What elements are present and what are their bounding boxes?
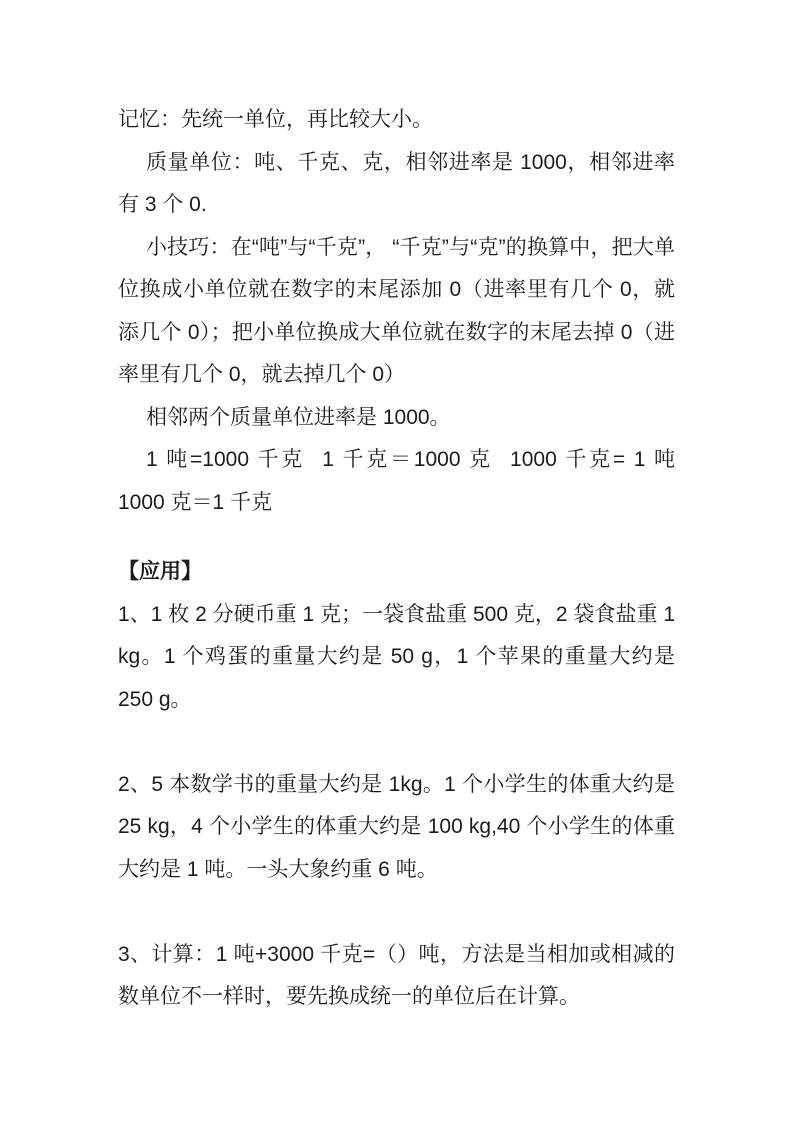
section-heading-application: 【应用】 [118,551,675,594]
blank-line-separator [118,891,675,934]
paragraph-adjacent-rate: 相邻两个质量单位进率是 1000。 [118,397,675,440]
paragraph-mass-units: 质量单位：吨、千克、克，相邻进率是 1000，相邻进率有 3 个 0. [118,142,675,227]
paragraph-memory-rule: 记忆：先统一单位，再比较大小。 [118,99,675,142]
application-item-2: 2、5 本数学书的重量大约是 1kg。1 个小学生的体重大约是 25 kg，4 … [118,764,675,892]
application-item-1: 1、1 枚 2 分硬币重 1 克；一袋食盐重 500 克，2 袋食盐重 1 kg… [118,594,675,722]
paragraph-conversion-trick: 小技巧：在“吨”与“千克”， “千克”与“克”的换算中，把大单位换成小单位就在数… [118,227,675,397]
document-page: 记忆：先统一单位，再比较大小。 质量单位：吨、千克、克，相邻进率是 1000，相… [0,0,793,1122]
paragraph-conversion-equations: 1 吨=1000 千克 1 千克＝1000 克 1000 千克= 1 吨 100… [118,439,675,524]
application-item-3: 3、计算：1 吨+3000 千克=（）吨，方法是当相加或相减的数单位不一样时，要… [118,934,675,1019]
blank-line-separator [118,721,675,764]
